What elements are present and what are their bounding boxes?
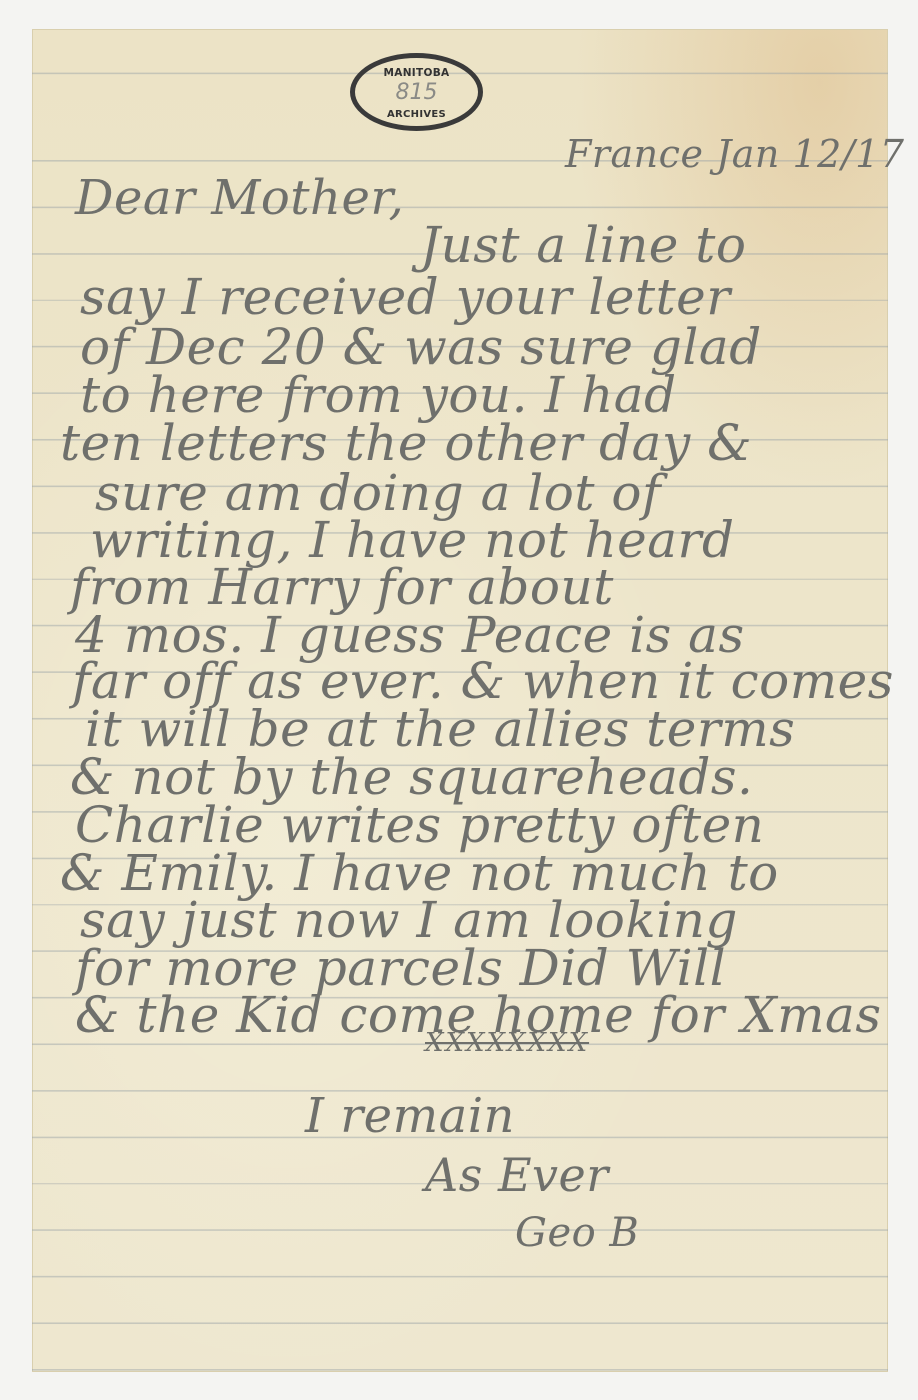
letter-line: of Dec 20 & was sure glad	[80, 322, 762, 372]
signature-line-1: As Ever	[425, 1148, 609, 1202]
letter-line: Just a line to	[420, 220, 746, 270]
letter-line: ten letters the other day &	[60, 418, 752, 468]
letter-line: far off as ever. & when it comes	[72, 656, 894, 706]
letter-line: say I received your letter	[80, 272, 731, 322]
salutation: Dear Mother,	[75, 170, 404, 226]
signature-line-2: Geo B	[515, 1210, 639, 1256]
letter-line: Charlie writes pretty often	[75, 800, 764, 850]
letter-line: say just now I am looking	[80, 895, 738, 945]
letter-line: from Harry for about	[70, 562, 614, 612]
archives-stamp: MANITOBA 815 ARCHIVES	[350, 53, 483, 131]
closing: I remain	[305, 1088, 515, 1144]
letter-line: to here from you. I had	[80, 370, 677, 420]
dateline: France Jan 12/17	[565, 132, 904, 176]
kisses: XXXXXXXX	[425, 1028, 589, 1058]
stamp-number: 815	[355, 80, 478, 105]
letter-line: & not by the squareheads.	[70, 752, 753, 802]
letter-line: it will be at the allies terms	[85, 704, 795, 754]
stamp-bottom-text: ARCHIVES	[355, 109, 478, 120]
stamp-top-text: MANITOBA	[355, 67, 478, 79]
